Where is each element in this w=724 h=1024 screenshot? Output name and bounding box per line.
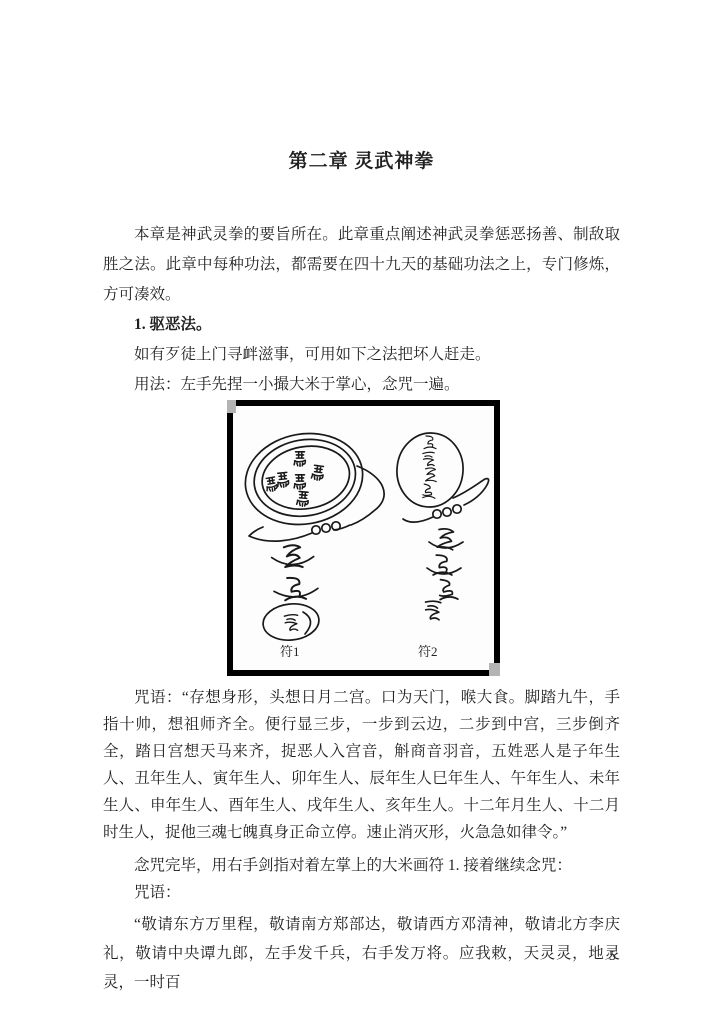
situation-paragraph: 如有歹徒上门寻衅滋事，可用如下之法把坏人赶走。 xyxy=(103,340,620,370)
intro-paragraph: 本章是神武灵拳的要旨所在。此章重点阐述神武灵拳惩恶扬善、制敌取胜之法。此章中每种… xyxy=(103,220,620,310)
talisman-drawings xyxy=(233,406,494,670)
after-chant-paragraph: 念咒完毕，用右手剑指对着左掌上的大米画符 1. 接着继续念咒： xyxy=(103,852,620,879)
page-number: 5 xyxy=(609,948,616,965)
talisman-2-inner-glyphs xyxy=(423,436,436,498)
talisman-figure: 符1 符2 xyxy=(227,400,500,676)
section-heading: 1. 驱恶法。 xyxy=(103,310,620,340)
usage-paragraph: 用法：左手先捏一小撮大米于掌心，念咒一遍。 xyxy=(103,370,620,400)
incantation2-label: 咒语： xyxy=(103,879,620,906)
talisman-1-script xyxy=(271,544,319,601)
incantation-paragraph: 咒语：“存想身形，头想日月二宫。口为天门，喉大食。脚踏九牛，手指十帅，想祖师齐全… xyxy=(103,684,620,846)
figure-caption-1: 符1 xyxy=(280,644,300,660)
page-content: 第二章 灵武神拳 本章是神武灵拳的要旨所在。此章重点阐述神武灵拳惩恶扬善、制敌取… xyxy=(0,148,724,997)
talisman-1-sealed-glyph xyxy=(261,601,320,643)
chapter-title: 第二章 灵武神拳 xyxy=(103,148,620,176)
talisman-2-script xyxy=(424,528,463,620)
talisman-2-flourish xyxy=(403,479,489,523)
figure-caption-2: 符2 xyxy=(418,644,438,660)
talisman-2-circle xyxy=(393,430,466,510)
incantation2-paragraph: “敬请东方万里程，敬请南方郑部达，敬请西方邓清神，敬请北方李庆礼，敬请中央谭九郎… xyxy=(103,910,620,997)
talisman-1-rings xyxy=(238,424,370,533)
